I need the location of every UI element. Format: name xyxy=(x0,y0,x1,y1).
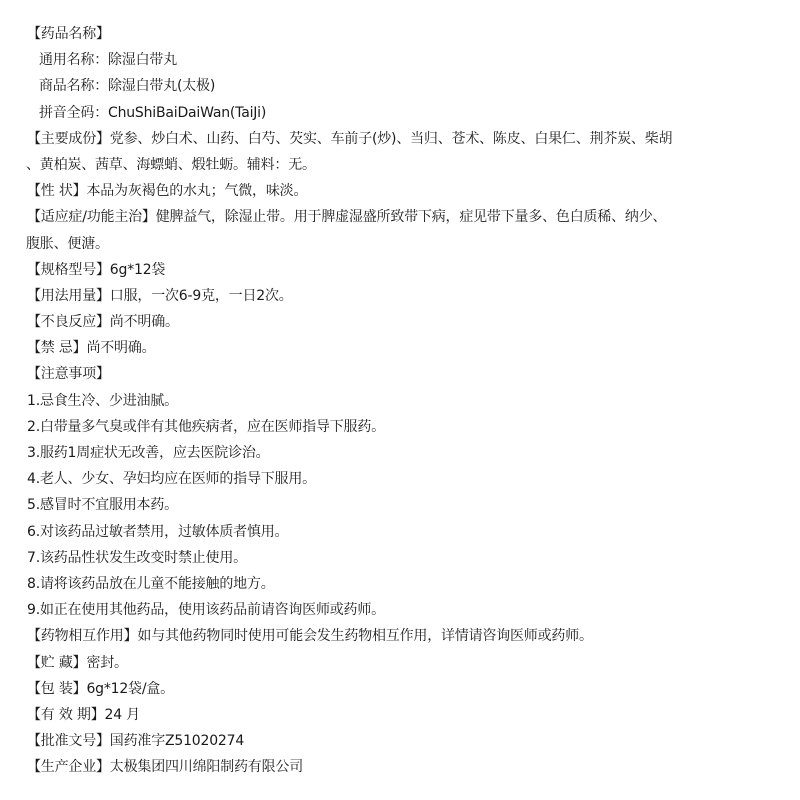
precaution-item: 5.感冒时不宜服用本药。 xyxy=(27,492,787,518)
precaution-item: 4.老人、少女、孕妇均应在医师的指导下服用。 xyxy=(27,466,787,492)
generic-name: 通用名称：除湿白带丸 xyxy=(27,47,787,73)
precaution-item: 8.请将该药品放在儿童不能接触的地方。 xyxy=(27,571,787,597)
pinyin-code: 拼音全码：ChuShiBaiDaiWan(TaiJi) xyxy=(27,100,787,126)
storage: 【贮 藏】密封。 xyxy=(27,650,787,676)
precaution-item: 3.服药1周症状无改善，应去医院诊治。 xyxy=(27,440,787,466)
ingredients-line-2: 、黄柏炭、茜草、海螵蛸、煅牡蛎。辅料：无。 xyxy=(26,152,787,178)
validity-period: 【有 效 期】24 月 xyxy=(27,702,787,728)
specification: 【规格型号】6g*12袋 xyxy=(27,257,787,283)
indications-line-2: 腹胀、便溏。 xyxy=(26,231,787,257)
approval-number: 【批准文号】国药准字Z51020274 xyxy=(27,728,787,754)
ingredients-line-1: 【主要成份】党参、炒白术、山药、白芍、芡实、车前子(炒)、当归、苍术、陈皮、白果… xyxy=(27,126,787,152)
precaution-item: 9.如正在使用其他药品，使用该药品前请咨询医师或药师。 xyxy=(27,597,787,623)
indications-line-1: 【适应症/功能主治】健脾益气，除湿止带。用于脾虚湿盛所致带下病，症见带下量多、色… xyxy=(27,204,787,230)
manufacturer: 【生产企业】太极集团四川绵阳制药有限公司 xyxy=(27,754,787,780)
precaution-item: 6.对该药品过敏者禁用，过敏体质者慎用。 xyxy=(27,519,787,545)
trade-name: 商品名称：除湿白带丸(太极) xyxy=(27,73,787,99)
precaution-item: 1.忌食生冷、少进油腻。 xyxy=(27,388,787,414)
packaging: 【包 装】6g*12袋/盒。 xyxy=(27,676,787,702)
precaution-item: 2.白带量多气臭或伴有其他疾病者，应在医师指导下服药。 xyxy=(27,414,787,440)
precaution-item: 7.该药品性状发生改变时禁止使用。 xyxy=(27,545,787,571)
drug-instructions-document: 【药品名称】 通用名称：除湿白带丸 商品名称：除湿白带丸(太极) 拼音全码：Ch… xyxy=(27,21,787,780)
precautions-heading: 【注意事项】 xyxy=(27,361,787,387)
dosage: 【用法用量】口服，一次6-9克，一日2次。 xyxy=(27,283,787,309)
contraindications: 【禁 忌】尚不明确。 xyxy=(27,335,787,361)
adverse-reactions: 【不良反应】尚不明确。 xyxy=(27,309,787,335)
drug-name-heading: 【药品名称】 xyxy=(27,21,787,47)
properties: 【性 状】本品为灰褐色的水丸；气微，味淡。 xyxy=(27,178,787,204)
drug-interactions: 【药物相互作用】如与其他药物同时使用可能会发生药物相互作用，详情请咨询医师或药师… xyxy=(27,623,787,649)
